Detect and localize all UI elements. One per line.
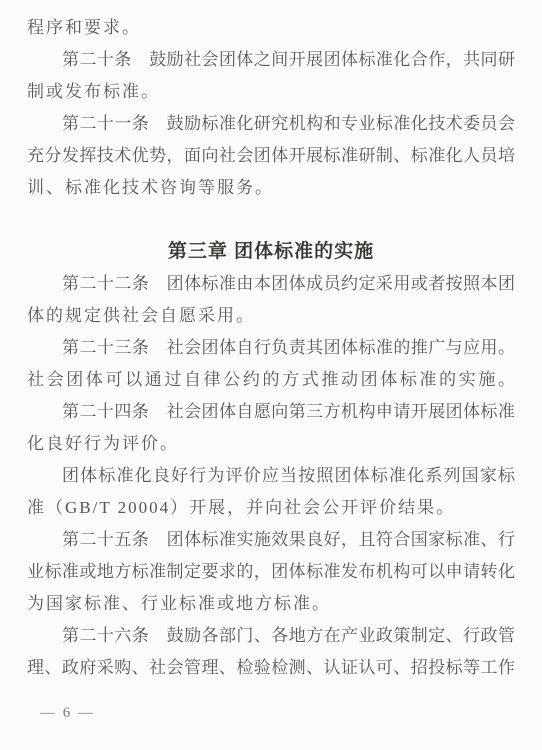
text-line: 训、标准化技术咨询等服务。: [27, 172, 515, 204]
text-line: 第二十六条 鼓励各部门、各地方在产业政策制定、行政管: [27, 620, 515, 652]
document-page: 程序和要求。第二十条 鼓励社会团体之间开展团体标准化合作，共同研制或发布标准。第…: [0, 0, 542, 750]
text-line: 程序和要求。: [27, 12, 515, 44]
text-line: 业标准或地方标准制定要求的，团体标准发布机构可以申请转化: [27, 556, 515, 588]
text-line: 第二十二条 团体标准由本团体成员约定采用或者按照本团: [27, 268, 515, 300]
text-line: 理、政府采购、社会管理、检验检测、认证认可、招投标等工作: [27, 652, 515, 684]
page-number: — 6 —: [40, 705, 95, 721]
text-line: 社会团体可以通过自律公约的方式推动团体标准的实施。: [27, 364, 515, 396]
text-line: 准（GB/T 20004）开展，并向社会公开评价结果。: [27, 492, 515, 524]
document-body: 程序和要求。第二十条 鼓励社会团体之间开展团体标准化合作，共同研制或发布标准。第…: [27, 12, 515, 684]
text-line: 第二十一条 鼓励标准化研究机构和专业标准化技术委员会: [27, 108, 515, 140]
text-line: 充分发挥技术优势，面向社会团体开展标准研制、标准化人员培: [27, 140, 515, 172]
text-line: 第二十四条 社会团体自愿向第三方机构申请开展团体标准: [27, 396, 515, 428]
text-line: 团体标准化良好行为评价应当按照团体标准化系列国家标: [27, 460, 515, 492]
text-line: 化良好行为评价。: [27, 428, 515, 460]
text-line: 第二十三条 社会团体自行负责其团体标准的推广与应用。: [27, 332, 515, 364]
text-line: 为国家标准、行业标准或地方标准。: [27, 588, 515, 620]
page-footer: — 6 —: [40, 705, 95, 722]
text-line: 制或发布标准。: [27, 76, 515, 108]
chapter-heading: 第三章 团体标准的实施: [27, 236, 515, 268]
text-line: 体的规定供社会自愿采用。: [27, 300, 515, 332]
text-line: 第二十条 鼓励社会团体之间开展团体标准化合作，共同研: [27, 44, 515, 76]
text-line: 第二十五条 团体标准实施效果良好，且符合国家标准、行: [27, 524, 515, 556]
